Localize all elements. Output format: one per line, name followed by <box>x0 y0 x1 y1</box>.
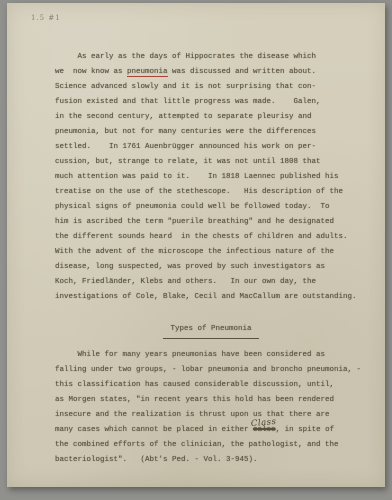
text-line: Science advanced slowly and it is not su… <box>55 80 367 95</box>
text-segment: Koch, Friedländer, Klebs and others. In … <box>55 278 316 286</box>
text-line: insecure and the realization is thrust u… <box>55 408 367 423</box>
text-segment: cussion, but, strange to relate, it was … <box>55 158 321 166</box>
text-line: him is ascribed the term "puerile breath… <box>55 215 367 230</box>
text-segment: in the second century, attempted to sepa… <box>55 113 312 121</box>
text-segment: , in spite of <box>276 426 335 434</box>
text-line: investigations of Cole, Blake, Cecil and… <box>55 290 367 305</box>
text-segment: Science advanced slowly and it is not su… <box>55 83 316 91</box>
text-line: pneumonia, but not for many centuries we… <box>55 125 367 140</box>
text-line: we now know as pneumonia was discussed a… <box>55 65 367 80</box>
text-line: treatise on the use of the stethescope. … <box>55 185 367 200</box>
text-segment: fusion existed and that little progress … <box>55 98 321 106</box>
text-line: the combined efforts of the clinician, t… <box>55 438 367 453</box>
paragraph-types-of-pneumonia: While for many years pneumonias have bee… <box>55 348 367 468</box>
text-line: many cases which cannot be placed in eit… <box>55 423 367 438</box>
text-segment: much attention was paid to it. In 1818 L… <box>55 173 339 181</box>
text-line: in the second century, attempted to sepa… <box>55 110 367 125</box>
text-segment: the different sounds heard in the chests… <box>55 233 348 241</box>
text-line: Koch, Friedländer, Klebs and others. In … <box>55 275 367 290</box>
text-segment: this classification has caused considera… <box>55 381 334 389</box>
text-segment: As early as the days of Hippocrates the … <box>55 53 316 61</box>
text-line: cussion, but, strange to relate, it was … <box>55 155 367 170</box>
text-segment: pneumonia, but not for many centuries we… <box>55 128 316 136</box>
text-segment: With the advent of the microscope the in… <box>55 248 334 256</box>
pencil-annotation: 1.5 #1 <box>31 14 61 22</box>
text-line: falling under two groups, - lobar pneumo… <box>55 363 367 378</box>
text-line: With the advent of the microscope the in… <box>55 245 367 260</box>
text-segment: bacteriologist". (Abt's Ped. - Vol. 3-94… <box>55 456 258 464</box>
text-line: While for many years pneumonias have bee… <box>55 348 367 363</box>
text-line: As early as the days of Hippocrates the … <box>55 50 367 65</box>
typewritten-text-block: As early as the days of Hippocrates the … <box>55 50 367 468</box>
section-heading-row: Types of Pneumonia <box>55 322 367 337</box>
text-segment: physical signs of pneumonia could well b… <box>55 203 330 211</box>
text-segment: insecure and the realization is thrust u… <box>55 411 330 419</box>
section-heading: Types of Pneumonia <box>163 322 258 339</box>
handwritten-correction: Class <box>250 415 277 432</box>
manuscript-page-background: { "pencil_mark": "1.5 #1", "heading": "T… <box>0 0 392 500</box>
text-segment: him is ascribed the term "puerile breath… <box>55 218 334 226</box>
text-segment: falling under two groups, - lobar pneumo… <box>55 366 361 374</box>
red-underlined-word: pneumonia <box>127 68 168 77</box>
text-line: bacteriologist". (Abt's Ped. - Vol. 3-94… <box>55 453 367 468</box>
text-segment: investigations of Cole, Blake, Cecil and… <box>55 293 357 301</box>
text-line: physical signs of pneumonia could well b… <box>55 200 367 215</box>
text-segment: treatise on the use of the stethescope. … <box>55 188 343 196</box>
paragraph-history-of-pneumonia: As early as the days of Hippocrates the … <box>55 50 367 305</box>
text-line: much attention was paid to it. In 1818 L… <box>55 170 367 185</box>
text-line: the different sounds heard in the chests… <box>55 230 367 245</box>
text-segment: many cases which cannot be placed in eit… <box>55 426 253 434</box>
text-segment: was discussed and written about. <box>168 68 317 76</box>
manuscript-paper: 1.5 #1 As early as the days of Hippocrat… <box>7 3 385 487</box>
struck-out-word: calssClass <box>253 426 276 434</box>
text-segment: the combined efforts of the clinician, t… <box>55 441 339 449</box>
text-line: fusion existed and that little progress … <box>55 95 367 110</box>
text-line: settled. In 1761 Auenbrügger announced h… <box>55 140 367 155</box>
text-line: this classification has caused considera… <box>55 378 367 393</box>
text-segment: as Morgen states, "in recent years this … <box>55 396 334 404</box>
text-segment: we now know as <box>55 68 127 76</box>
text-segment: disease, long suspected, was proved by s… <box>55 263 325 271</box>
text-line: as Morgen states, "in recent years this … <box>55 393 367 408</box>
text-segment: While for many years pneumonias have bee… <box>55 351 325 359</box>
text-line: disease, long suspected, was proved by s… <box>55 260 367 275</box>
text-segment: settled. In 1761 Auenbrügger announced h… <box>55 143 316 151</box>
